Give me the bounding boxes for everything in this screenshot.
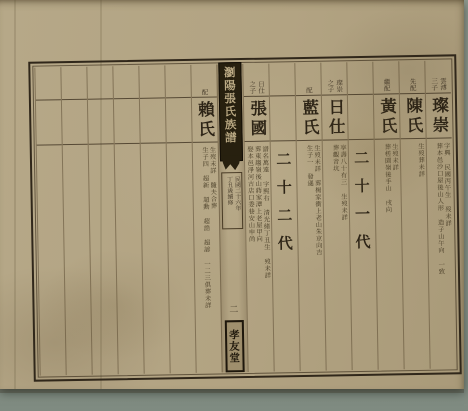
relation-annotation: 繼配: [373, 61, 399, 94]
annotation-text: 璨崇: [334, 79, 343, 92]
entry-column-huang-shi: 繼配 黃氏 生歿未詳 葬槎園嶺後手山 戌向: [372, 61, 403, 369]
page-bottom-edge: [0, 389, 464, 393]
relation-annotation: 雲溥 三子: [425, 60, 451, 93]
biography-text: 譜名萬遠 字熙右 清光緒丁丑生 歿未詳 葬東趨嶺後山蔣家潭上老屋甲向 娶本邑淨河…: [244, 142, 274, 372]
entry-column-zhangguo: 日仕 之子 張國 譜名萬遠 字熙右 清光緒丁丑生 歿未詳 葬東趨嶺後山蔣家潭上老…: [242, 64, 274, 372]
relation-annotation: 配: [191, 64, 217, 97]
biography-text: 生歿未詳 葬楊家衝上老山朱京向吉 生子一 發遜: [297, 141, 326, 371]
spine-title-label: 瀏陽張氏族譜: [218, 62, 243, 161]
person-name: 藍氏: [296, 96, 322, 141]
person-name: 璨崇: [426, 93, 452, 138]
person-name-text: 藍氏: [297, 98, 322, 137]
person-name-text: 黃氏: [375, 97, 400, 136]
biography-text: 生歿葬未詳: [401, 139, 430, 369]
empty-annotation-cell: [87, 66, 113, 99]
generation-marker: 二十一代: [349, 140, 378, 370]
biography-text: 生歿未詳 葬槎園嶺後手山 戌向: [375, 139, 404, 369]
person-name: 陳氏: [400, 94, 426, 139]
biography-text: 生歿未詳 隨夫合葬 生子四 超新 超勳 超誥 超諺 一二三俱葬未詳: [192, 142, 221, 372]
empty-annotation-cell: [347, 62, 373, 95]
annotation-text: 配: [200, 88, 209, 95]
book-title-text: 瀏陽張氏族譜: [222, 66, 239, 144]
entry-column-lan-shi: 配 藍氏 生歿未詳 葬楊家衝上老山朱京向吉 生子一 發遜: [295, 63, 326, 371]
empty-annotation-cell: [113, 66, 139, 99]
annotation-text: 繼配: [382, 78, 391, 91]
empty-column: [164, 65, 195, 373]
empty-annotation-cell: [165, 65, 191, 98]
biography-line: 生歿葬未詳: [416, 143, 427, 367]
annotation-text: 配: [304, 86, 313, 93]
entry-column-cancong: 雲溥 三子 璨崇 字興 民國丙午生 歿未詳 葬本邑沙口屋後山人形 造子山午向 一…: [424, 60, 455, 368]
annotation-text: 之子: [247, 81, 256, 94]
empty-annotation-cell: [270, 63, 296, 96]
biography-text: 字興 民國丙午生 歿未詳 葬本邑沙口屋後山人形 造子山午向 一致: [427, 138, 456, 368]
edition-cycle-text: 丁丑歲續修: [224, 176, 233, 228]
empty-name-cell: [270, 96, 296, 141]
empty-column: [112, 66, 143, 374]
genealogy-page-sheet: 雲溥 三子 璨崇 字興 民國丙午生 歿未詳 葬本邑沙口屋後山人形 造子山午向 一…: [0, 0, 464, 389]
empty-name-cell: [348, 95, 374, 140]
empty-detail-cell: [167, 143, 196, 373]
empty-detail-cell: [141, 143, 170, 373]
empty-column: [34, 67, 65, 375]
empty-annotation-cell: [35, 67, 61, 100]
hall-mark-text: 孝友堂: [227, 329, 243, 364]
person-name-text: 璨崇: [426, 96, 451, 135]
generation-marker-text: 二十一代: [352, 150, 372, 262]
relation-annotation: 璨崇 之子: [322, 62, 348, 95]
biography-text: 享壽八十有三 生歿未詳 葬觀音坑: [323, 140, 352, 370]
ink-blot: [222, 155, 241, 170]
hall-mark-stamp: 孝友堂: [225, 320, 245, 372]
book-spine-column: 瀏陽張氏族譜 民國二十六年 丁丑歲續修 二 孝友堂: [216, 64, 247, 372]
photo-backdrop: { "spine": { "title": "瀏陽張氏族譜", "edition…: [0, 0, 468, 411]
empty-name-cell: [88, 99, 114, 144]
page-crease: [14, 0, 16, 389]
empty-detail-cell: [37, 145, 66, 375]
relation-annotation: 配: [296, 63, 322, 96]
relation-annotation: 先配: [399, 61, 425, 94]
person-name: 張國: [244, 97, 270, 142]
column-grid: 雲溥 三子 璨崇 字興 民國丙午生 歿未詳 葬本邑沙口屋後山人形 造子山午向 一…: [34, 60, 455, 375]
empty-column: [60, 67, 91, 375]
annotation-text: 三子: [429, 78, 438, 91]
generation-marker-text: 二十二代: [274, 151, 294, 263]
empty-annotation-cell: [61, 67, 87, 100]
empty-detail-cell: [115, 144, 144, 374]
annotation-text: 日仕: [256, 81, 265, 94]
empty-name-cell: [62, 100, 88, 145]
printed-frame: 雲溥 三子 璨崇 字興 民國丙午生 歿未詳 葬本邑沙口屋後山人形 造子山午向 一…: [28, 54, 462, 381]
person-name: 賴氏: [192, 97, 218, 142]
empty-name-cell: [36, 100, 62, 145]
empty-column: [138, 65, 169, 373]
entry-column-rishi: 璨崇 之子 日仕 享壽八十有三 生歿未詳 葬觀音坑: [321, 62, 352, 370]
entry-column-lai-shi: 配 賴氏 生歿未詳 隨夫合葬 生子四 超新 超勳 超誥 超諺 一二三俱葬未詳: [190, 64, 221, 372]
person-name-text: 賴氏: [192, 100, 217, 139]
empty-column: [86, 66, 117, 374]
generation-marker-22-column: 二十二代: [269, 63, 300, 371]
empty-detail-cell: [63, 145, 92, 375]
generation-marker: 二十二代: [271, 141, 300, 371]
annotation-text: 之子: [326, 79, 335, 92]
person-name-text: 陳氏: [400, 96, 425, 135]
relation-annotation: 日仕 之子: [243, 64, 269, 97]
edition-year-text: 民國二十六年: [231, 176, 240, 228]
generation-marker-21-column: 二十一代: [346, 62, 377, 370]
person-name: 黃氏: [374, 94, 400, 139]
annotation-text: 先配: [408, 78, 417, 91]
spine-edition-box: 民國二十六年 丁丑歲續修: [221, 172, 243, 229]
empty-name-cell: [166, 98, 192, 143]
annotation-text: 雲溥: [438, 77, 447, 90]
spine-page-number: 二: [221, 302, 246, 315]
empty-name-cell: [140, 98, 166, 143]
empty-annotation-cell: [139, 65, 165, 98]
entry-column-chen-shi: 先配 陳氏 生歿葬未詳: [398, 61, 429, 369]
person-name-text: 日仕: [323, 98, 348, 137]
empty-detail-cell: [89, 144, 118, 374]
person-name: 日仕: [322, 95, 348, 140]
empty-name-cell: [114, 99, 140, 144]
person-name-text: 張國: [244, 99, 269, 138]
